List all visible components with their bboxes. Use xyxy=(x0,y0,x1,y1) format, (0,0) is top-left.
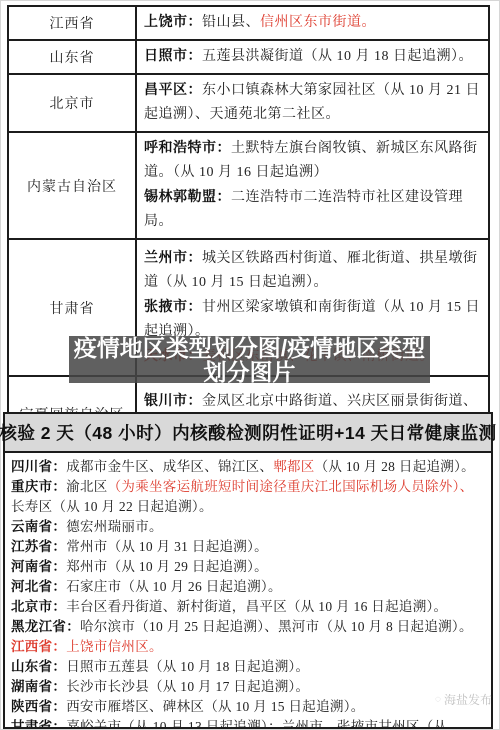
text-segment: 石家庄市（从 10 月 26 日起追溯）。 xyxy=(66,579,282,594)
province-detail-cell: 呼和浩特市：土默特左旗台阁牧镇、新城区东风路街道。（从 10 月 16 日起追溯… xyxy=(136,132,489,239)
advisory-line: 陕西省：西安市雁塔区、碑林区（从 10 月 15 日起追溯）。 xyxy=(11,697,485,717)
text-segment: 渝北区 xyxy=(66,479,107,494)
text-segment: 上饶市： xyxy=(144,15,202,30)
city-entry: 日照市：五莲县洪凝街道（从 10 月 18 日起追溯）。 xyxy=(144,45,481,69)
province-detail-cell: 上饶市：铅山县、信州区东市街道。 xyxy=(136,6,489,40)
publisher-name: 海盐发布 xyxy=(444,691,492,708)
advisory-line: 北京市：丰台区看丹街道、新村街道，昌平区（从 10 月 16 日起追溯）。 xyxy=(11,597,485,617)
text-segment: 湖南省： xyxy=(11,679,66,694)
text-segment: 日照市： xyxy=(144,49,202,64)
province-area-table: 江西省上饶市：铅山县、信州区东市街道。山东省日照市：五莲县洪凝街道（从 10 月… xyxy=(7,5,490,453)
advisory-line: 江苏省：常州市（从 10 月 31 日起追溯）。 xyxy=(11,537,485,557)
text-segment: 五莲县洪凝街道（从 10 月 18 日起追溯）。 xyxy=(202,49,473,64)
text-segment: 郑州市（从 10 月 29 日起追溯）。 xyxy=(66,559,268,574)
advisory-list: 四川省：成都市金牛区、成华区、锦江区、郫都区（从 10 月 28 日起追溯）。重… xyxy=(3,453,493,729)
text-segment: 锡林郭勒盟： xyxy=(144,190,231,205)
text-segment: 江苏省： xyxy=(11,539,66,554)
text-segment: 张掖市： xyxy=(144,300,202,315)
text-segment: 河北省： xyxy=(11,579,66,594)
text-segment: 兰州市： xyxy=(144,251,202,266)
text-segment: 四川省： xyxy=(11,459,66,474)
text-segment: 德宏州瑞丽市。 xyxy=(66,519,163,534)
text-segment: 呼和浩特市： xyxy=(144,141,231,156)
advisory-line: 河南省：郑州市（从 10 月 29 日起追溯）。 xyxy=(11,557,485,577)
text-segment: 重庆市： xyxy=(11,479,66,494)
advisory-line: 山东省：日照市五莲县（从 10 月 18 日起追溯）。 xyxy=(11,657,485,677)
advisory-line: 湖南省：长沙市长沙县（从 10 月 17 日起追溯）。 xyxy=(11,677,485,697)
province-row: 内蒙古自治区呼和浩特市：土默特左旗台阁牧镇、新城区东风路街道。（从 10 月 1… xyxy=(8,132,489,239)
text-segment: 铅山县、 xyxy=(202,15,260,30)
text-segment: 山东省： xyxy=(11,659,66,674)
city-entry: 兰州市：城关区铁路西村街道、雁北街道、拱星墩街道（从 10 月 15 日起追溯）… xyxy=(144,247,481,295)
corner-watermark: ◌ 海盐发布 xyxy=(435,691,492,708)
advisory-line: 江西省：上饶市信州区。 xyxy=(11,637,485,657)
text-segment: 长寿区（从 10 月 22 日起追溯）。 xyxy=(11,499,213,514)
advisory-line: 黑龙江省：哈尔滨市（10 月 25 日起追溯）、黑河市（从 10 月 8 日起追… xyxy=(11,617,485,637)
province-detail-cell: 昌平区：东小口镇森林大第家园社区（从 10 月 21 日起追溯）、天通苑北第二社… xyxy=(136,74,489,132)
advisory-line: 河北省：石家庄市（从 10 月 26 日起追溯）。 xyxy=(11,577,485,597)
province-name-cell: 江西省 xyxy=(8,6,136,40)
text-segment: 江西省： xyxy=(11,639,66,654)
watermark-line-2: 划分图片 xyxy=(69,360,430,384)
province-table-body: 江西省上饶市：铅山县、信州区东市街道。山东省日照市：五莲县洪凝街道（从 10 月… xyxy=(8,6,489,452)
text-segment: 哈尔滨市（10 月 25 日起追溯）、黑河市（从 10 月 8 日起追溯）。 xyxy=(80,619,473,634)
watermark-line-1: 疫情地区类型划分图/疫情地区类型 xyxy=(69,336,430,360)
text-segment: 常州市（从 10 月 31 日起追溯）。 xyxy=(66,539,268,554)
text-segment: 黑龙江省： xyxy=(11,619,80,634)
text-segment: 嘉峪关市（从 10 月 13 日起追溯）；兰州市、张掖市甘州区（从 xyxy=(66,719,447,729)
text-segment: 昌平区： xyxy=(144,83,202,98)
advisory-line: 四川省：成都市金牛区、成华区、锦江区、郫都区（从 10 月 28 日起追溯）。 xyxy=(11,457,485,477)
publisher-emblem-icon: ◌ xyxy=(435,694,441,705)
text-segment: 北京市： xyxy=(11,599,66,614)
city-entry: 锡林郭勒盟：二连浩特市二连浩特市社区建设管理局。 xyxy=(144,186,481,234)
text-segment: 丰台区看丹街道、新村街道，昌平区（从 10 月 16 日起追溯）。 xyxy=(66,599,447,614)
text-segment: 银川市： xyxy=(144,394,202,409)
text-segment: 日照市五莲县（从 10 月 18 日起追溯）。 xyxy=(66,659,309,674)
section-header-health-monitoring: 核验 2 天（48 小时）内核酸检测阴性证明+14 天日常健康监测 xyxy=(3,412,493,453)
city-entry: 呼和浩特市：土默特左旗台阁牧镇、新城区东风路街道。（从 10 月 16 日起追溯… xyxy=(144,137,481,185)
city-entry: 昌平区：东小口镇森林大第家园社区（从 10 月 21 日起追溯）、天通苑北第二社… xyxy=(144,79,481,127)
province-row: 北京市昌平区：东小口镇森林大第家园社区（从 10 月 21 日起追溯）、天通苑北… xyxy=(8,74,489,132)
province-detail-cell: 日照市：五莲县洪凝街道（从 10 月 18 日起追溯）。 xyxy=(136,40,489,74)
advisory-line: 甘肃省：嘉峪关市（从 10 月 13 日起追溯）；兰州市、张掖市甘州区（从 xyxy=(11,717,485,729)
text-segment: （为乘坐客运航班短时间途径重庆江北国际机场人员除外）、 xyxy=(108,479,474,494)
text-segment: 云南省： xyxy=(11,519,66,534)
province-name-cell: 山东省 xyxy=(8,40,136,74)
text-segment: 长沙市长沙县（从 10 月 17 日起追溯）。 xyxy=(66,679,309,694)
watermark-band: 疫情地区类型划分图/疫情地区类型 划分图片 xyxy=(69,336,430,383)
text-segment: 陕西省： xyxy=(11,699,66,714)
text-segment: （从 10 月 28 日起追溯）。 xyxy=(315,459,475,474)
advisory-line: 重庆市：渝北区（为乘坐客运航班短时间途径重庆江北国际机场人员除外）、长寿区（从 … xyxy=(11,477,485,517)
text-segment: 河南省： xyxy=(11,559,66,574)
text-segment: 郫都区 xyxy=(273,459,314,474)
text-segment: 西安市雁塔区、碑林区（从 10 月 15 日起追溯）。 xyxy=(66,699,364,714)
text-segment: 上饶市信州区。 xyxy=(66,639,163,654)
text-segment: 成都市金牛区、成华区、锦江区、 xyxy=(66,459,273,474)
province-row: 山东省日照市：五莲县洪凝街道（从 10 月 18 日起追溯）。 xyxy=(8,40,489,74)
epidemic-area-notice-image: { "upper_table": { "rows": [ { "province… xyxy=(0,0,500,730)
advisory-line: 云南省：德宏州瑞丽市。 xyxy=(11,517,485,537)
province-name-cell: 内蒙古自治区 xyxy=(8,132,136,239)
text-segment: 信州区东市街道。 xyxy=(260,15,376,30)
province-row: 江西省上饶市：铅山县、信州区东市街道。 xyxy=(8,6,489,40)
city-entry: 上饶市：铅山县、信州区东市街道。 xyxy=(144,11,481,35)
text-segment: 甘肃省： xyxy=(11,719,66,729)
province-name-cell: 北京市 xyxy=(8,74,136,132)
